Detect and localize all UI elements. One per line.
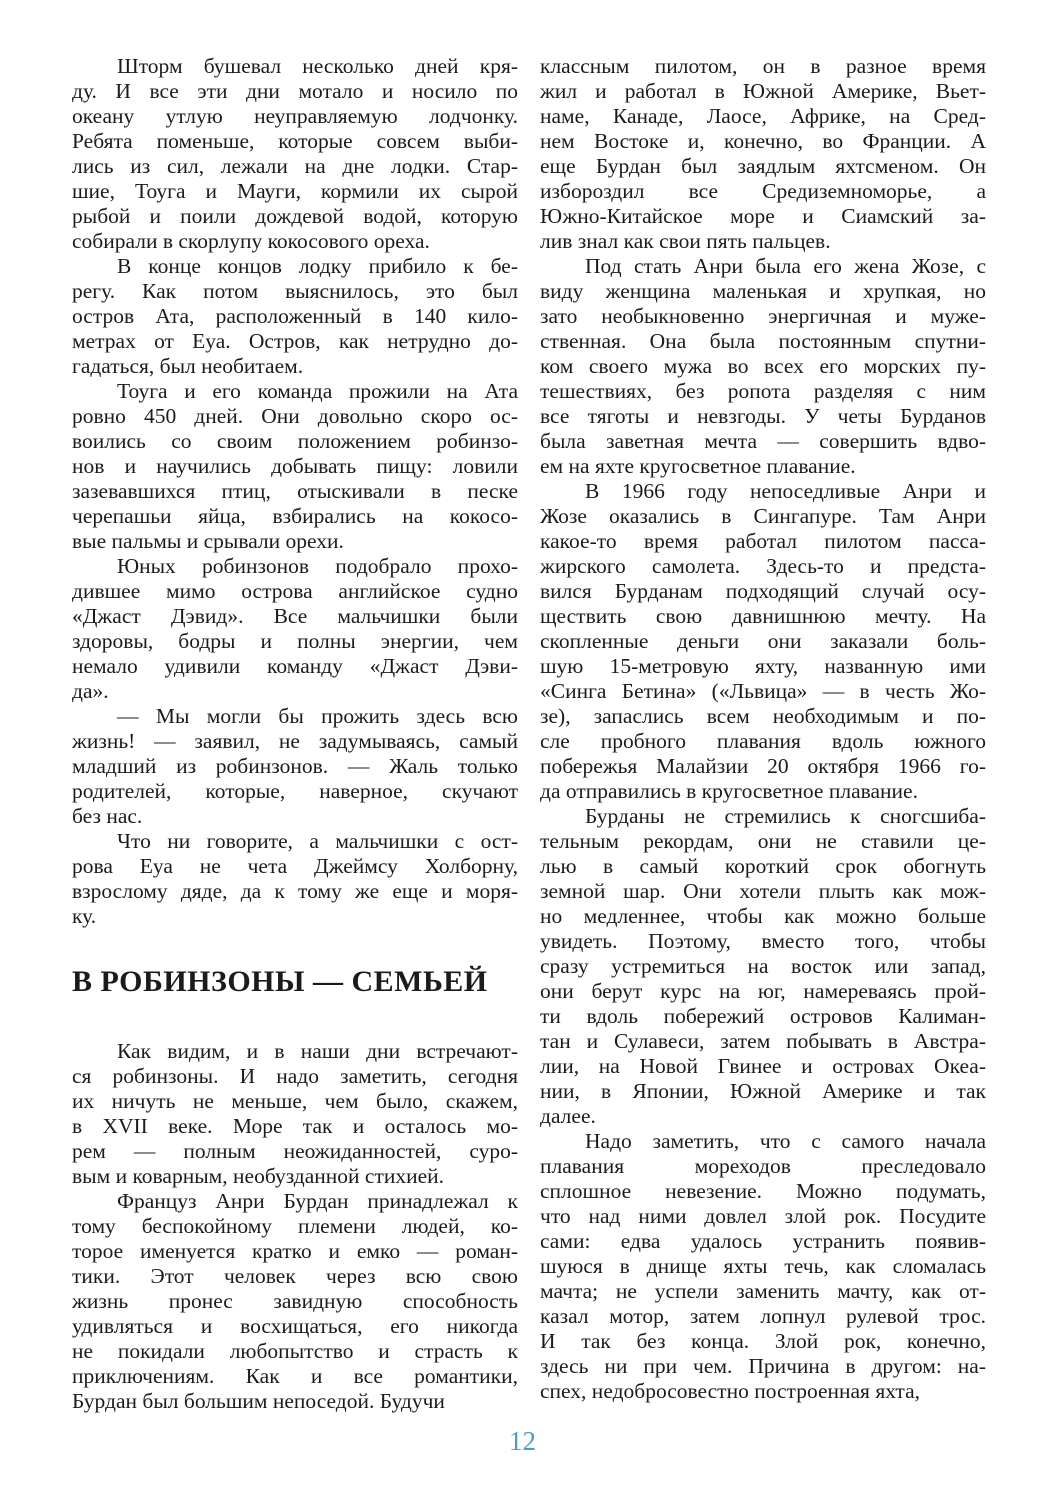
text-line: мачта; не успели заменить мачту, как от- — [540, 1279, 986, 1304]
text-line: шие, Тоуга и Мауги, кормили их сырой — [72, 179, 518, 204]
text-line: собирали в скорлупу кокосового ореха. — [72, 229, 518, 254]
text-line: — Мы могли бы прожить здесь всю — [72, 704, 518, 729]
text-line: приключениям. Как и все романтики, — [72, 1364, 518, 1389]
text-line: да отправились в кругосветное плавание. — [540, 779, 986, 804]
text-line: но медленнее, чтобы как можно больше — [540, 904, 986, 929]
text-line: вые пальмы и срывали орехи. — [72, 529, 518, 554]
paragraph: В 1966 году непоседливые Анри иЖозе оказ… — [540, 479, 986, 804]
paragraph: — Мы могли бы прожить здесь всюжизнь! — … — [72, 704, 518, 829]
text-line: сле пробного плавания вдоль южного — [540, 729, 986, 754]
text-line: рова Еуа не чета Джеймсу Холборну, — [72, 854, 518, 879]
text-line: взрослому дяде, да к тому же еще и моря- — [72, 879, 518, 904]
text-line: казал мотор, затем лопнул рулевой трос. — [540, 1304, 986, 1329]
text-line: не покидали любопытство и страсть к — [72, 1339, 518, 1364]
text-line: ственная. Она была постоянным спутни- — [540, 329, 986, 354]
text-line: рыбой и поили дождевой водой, которую — [72, 204, 518, 229]
paragraph: Как видим, и в наши дни встречают-ся роб… — [72, 1039, 518, 1189]
text-line: Что ни говорите, а мальчишки с ост- — [72, 829, 518, 854]
text-line: Шторм бушевал несколько дней кря- — [72, 54, 518, 79]
text-line: воились со своим положением робинзо- — [72, 429, 518, 454]
text-line: Ребята поменьше, которые совсем выби- — [72, 129, 518, 154]
text-line: побережья Малайзии 20 октября 1966 го- — [540, 754, 986, 779]
text-line: зато необыкновенно энергичная и муже- — [540, 304, 986, 329]
text-line: еще Бурдан был заядлым яхтсменом. Он — [540, 154, 986, 179]
text-line: ку. — [72, 904, 518, 929]
text-line: лись из сил, лежали на дне лодки. Стар- — [72, 154, 518, 179]
text-line: тельным рекордам, они не ставили це- — [540, 829, 986, 854]
text-line: Бурдан был большим непоседой. Будучи — [72, 1389, 518, 1414]
text-line: земной шар. Они хотели плыть как мож- — [540, 879, 986, 904]
text-line: какое-то время работал пилотом пасса- — [540, 529, 986, 554]
paragraph: Бурданы не стремились к сногсшиба-тельны… — [540, 804, 986, 1129]
text-line: классным пилотом, он в разное время — [540, 54, 986, 79]
page-number: 12 — [0, 1426, 1045, 1456]
text-line: нии, в Японии, Южной Америке и так — [540, 1079, 986, 1104]
section-heading: В РОБИНЗОНЫ — СЕМЬЕЙ — [72, 965, 518, 999]
left-column: Шторм бушевал несколько дней кря-ду. И в… — [72, 54, 518, 1414]
text-line: Жозе оказались в Сингапуре. Там Анри — [540, 504, 986, 529]
paragraph: Француз Анри Бурдан принадлежал ктому бе… — [72, 1189, 518, 1414]
text-line: сплошное невезение. Можно подумать, — [540, 1179, 986, 1204]
text-line: лив знал как свои пять пальцев. — [540, 229, 986, 254]
text-line: жизнь! — заявил, не задумываясь, самый — [72, 729, 518, 754]
text-line: родителей, которые, наверное, скучают — [72, 779, 518, 804]
text-line: остров Ата, расположенный в 140 кило- — [72, 304, 518, 329]
text-line: зазевавшихся птиц, отыскивали в песке — [72, 479, 518, 504]
paragraph: Тоуга и его команда прожили на Атаровно … — [72, 379, 518, 554]
text-line: сразу устремиться на восток или запад, — [540, 954, 986, 979]
text-line: Как видим, и в наши дни встречают- — [72, 1039, 518, 1064]
text-line: шуюся в днище яхты течь, как сломалась — [540, 1254, 986, 1279]
text-line: виду женщина маленькая и хрупкая, но — [540, 279, 986, 304]
text-line: без нас. — [72, 804, 518, 829]
text-line: ем на яхте кругосветное плавание. — [540, 454, 986, 479]
text-line: была заветная мечта — совершить вдво- — [540, 429, 986, 454]
book-page: Шторм бушевал несколько дней кря-ду. И в… — [0, 0, 1045, 1500]
text-line: да». — [72, 679, 518, 704]
text-line: ся робинзоны. И надо заметить, сегодня — [72, 1064, 518, 1089]
text-line: торое именуется кратко и емко — роман- — [72, 1239, 518, 1264]
text-line: спех, недобросовестно построенная яхта, — [540, 1379, 986, 1404]
text-line: рем — полным неожиданностей, суро- — [72, 1139, 518, 1164]
text-line: тому беспокойному племени людей, ко- — [72, 1214, 518, 1239]
text-line: младший из робинзонов. — Жаль только — [72, 754, 518, 779]
paragraph: Что ни говорите, а мальчишки с ост-рова … — [72, 829, 518, 929]
text-line: увидеть. Поэтому, вместо того, чтобы — [540, 929, 986, 954]
text-line: Южно-Китайское море и Сиамский за- — [540, 204, 986, 229]
text-line: жизнь пронес завидную способность — [72, 1289, 518, 1314]
text-line: В конце концов лодку прибило к бе- — [72, 254, 518, 279]
text-line: лью в самый короткий срок обогнуть — [540, 854, 986, 879]
text-line: тики. Этот человек через всю свою — [72, 1264, 518, 1289]
paragraph: В конце концов лодку прибило к бе-регу. … — [72, 254, 518, 379]
text-line: «Синга Бетина» («Львица» — в честь Жо- — [540, 679, 986, 704]
text-line: здесь ни при чем. Причина в другом: на- — [540, 1354, 986, 1379]
text-line: нем Востоке и, конечно, во Франции. А — [540, 129, 986, 154]
text-line: В 1966 году непоседливые Анри и — [540, 479, 986, 504]
text-line: Француз Анри Бурдан принадлежал к — [72, 1189, 518, 1214]
paragraph: Юных робинзонов подобрало прохо-дившее м… — [72, 554, 518, 704]
paragraph: Под стать Анри была его жена Жозе, свиду… — [540, 254, 986, 479]
text-line: вым и коварным, необузданной стихией. — [72, 1164, 518, 1189]
text-line: жил и работал в Южной Америке, Вьет- — [540, 79, 986, 104]
text-line: далее. — [540, 1104, 986, 1129]
right-column: классным пилотом, он в разное времяжил и… — [540, 54, 986, 1414]
paragraph: Шторм бушевал несколько дней кря-ду. И в… — [72, 54, 518, 254]
text-line: вился Бурданам подходящий случай осу- — [540, 579, 986, 604]
text-line: Надо заметить, что с самого начала — [540, 1129, 986, 1154]
paragraph: Надо заметить, что с самого началаплаван… — [540, 1129, 986, 1404]
text-line: здоровы, бодры и полны энергии, чем — [72, 629, 518, 654]
text-line: шую 15-метровую яхту, названную ими — [540, 654, 986, 679]
text-line: тешествиях, без ропота разделяя с ним — [540, 379, 986, 404]
text-line: Под стать Анри была его жена Жозе, с — [540, 254, 986, 279]
text-line: черепашьи яйца, взбирались на кокосо- — [72, 504, 518, 529]
text-line: сами: едва удалось устранить появив- — [540, 1229, 986, 1254]
text-line: ти вдоль побережий островов Калиман- — [540, 1004, 986, 1029]
text-line: гадаться, был необитаем. — [72, 354, 518, 379]
text-line: зе), запаслись всем необходимым и по- — [540, 704, 986, 729]
paragraph: классным пилотом, он в разное времяжил и… — [540, 54, 986, 254]
text-line: океану утлую неуправляемую лодчонку. — [72, 104, 518, 129]
text-line: Юных робинзонов подобрало прохо- — [72, 554, 518, 579]
text-columns: Шторм бушевал несколько дней кря-ду. И в… — [0, 0, 1045, 1414]
text-line: в XVII веке. Море так и осталось мо- — [72, 1114, 518, 1139]
text-line: все тяготы и невзгоды. У четы Бурданов — [540, 404, 986, 429]
text-line: плавания мореходов преследовало — [540, 1154, 986, 1179]
text-line: жирского самолета. Здесь-то и предста- — [540, 554, 986, 579]
text-line: ком своего мужа во всех его морских пу- — [540, 354, 986, 379]
text-line: немало удивили команду «Джаст Дэви- — [72, 654, 518, 679]
text-line: удивляться и восхищаться, его никогда — [72, 1314, 518, 1339]
text-line: регу. Как потом выяснилось, это был — [72, 279, 518, 304]
text-line: ществить свою давнишнюю мечту. На — [540, 604, 986, 629]
text-line: скопленные деньги они заказали боль- — [540, 629, 986, 654]
text-line: лии, на Новой Гвинее и островах Океа- — [540, 1054, 986, 1079]
text-line: наме, Канаде, Лаосе, Африке, на Сред- — [540, 104, 986, 129]
text-line: тан и Сулавеси, затем побывать в Австра- — [540, 1029, 986, 1054]
text-line: Тоуга и его команда прожили на Ата — [72, 379, 518, 404]
text-line: нов и научились добывать пищу: ловили — [72, 454, 518, 479]
text-line: Бурданы не стремились к сногсшиба- — [540, 804, 986, 829]
text-line: И так без конца. Злой рок, конечно, — [540, 1329, 986, 1354]
text-line: ду. И все эти дни мотало и носило по — [72, 79, 518, 104]
text-line: что над ними довлел злой рок. Посудите — [540, 1204, 986, 1229]
text-line: их ничуть не меньше, чем было, скажем, — [72, 1089, 518, 1114]
text-line: метрах от Еуа. Остров, как нетрудно до- — [72, 329, 518, 354]
text-line: «Джаст Дэвид». Все мальчишки были — [72, 604, 518, 629]
text-line: ровно 450 дней. Они довольно скоро ос- — [72, 404, 518, 429]
text-line: дившее мимо острова английское судно — [72, 579, 518, 604]
text-line: они берут курс на юг, намереваясь прой- — [540, 979, 986, 1004]
text-line: избороздил все Средиземноморье, а — [540, 179, 986, 204]
